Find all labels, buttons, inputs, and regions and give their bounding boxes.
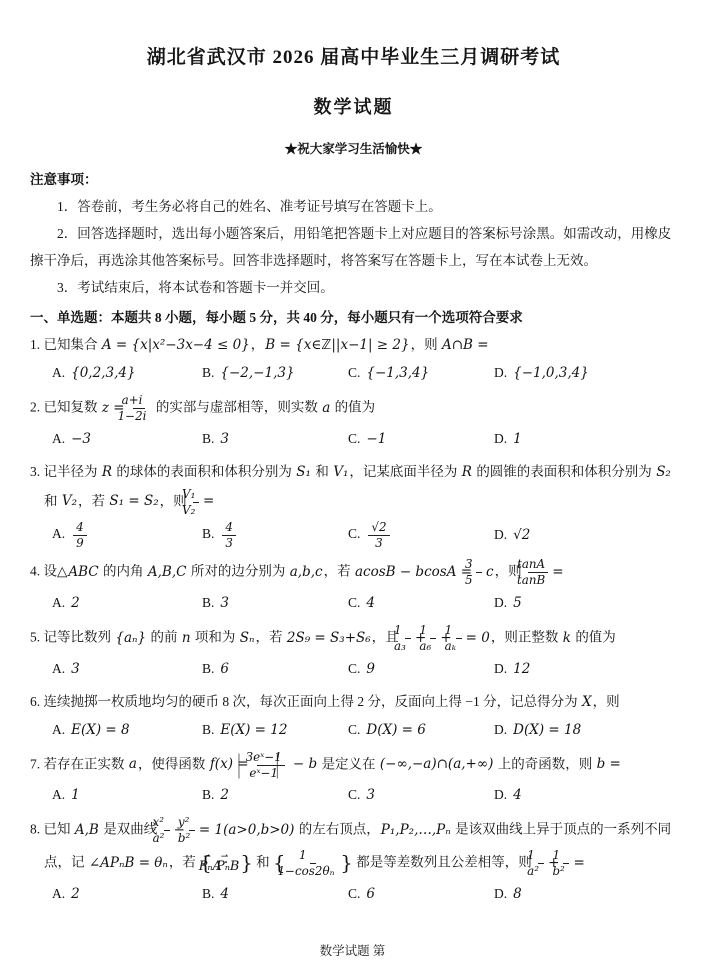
math-run: 4 <box>512 787 523 803</box>
text-run: 1. 已知集合 <box>30 337 101 352</box>
option-label: A. <box>52 431 65 446</box>
question-4-stem: 4. 设△ABC 的内角 A,B,C 所对的边分别为 a,b,c，若 acosB… <box>30 556 677 589</box>
math-run: 1 <box>70 787 81 803</box>
text-run: 的圆锥的表面积和体积分别为 <box>473 464 655 479</box>
math-run: {−1,0,3,4} <box>512 365 590 381</box>
math-run: A,B,C <box>147 564 188 580</box>
math-run: b = <box>596 756 622 772</box>
option-label: B. <box>202 722 214 737</box>
question-2-option-a: A.−3 <box>52 425 202 453</box>
notice-item-3: 3．考试结束后，将本试卷和答题卡一并交回。 <box>30 274 677 301</box>
question-3-options: A.49 B.43 C.√23 D.√2 <box>30 519 677 552</box>
question-1-option-d: D.{−1,0,3,4} <box>494 359 677 387</box>
option-content: {0,2,3,4} <box>70 365 136 380</box>
option-label: D. <box>494 431 507 446</box>
option-label: A. <box>52 526 65 541</box>
option-content: 12 <box>512 661 531 676</box>
math-run: 1 <box>512 431 523 447</box>
math-run: = <box>572 855 585 871</box>
option-label: C. <box>348 431 360 446</box>
option-content: 5 <box>512 595 523 610</box>
option-label: D. <box>494 595 507 610</box>
text-run: 5. 记等比数列 <box>30 630 114 645</box>
math-run: n <box>181 630 192 646</box>
option-content: 6 <box>219 661 230 676</box>
fraction: 1a₃ <box>405 623 411 654</box>
text-run: 8. 已知 <box>30 822 74 837</box>
fraction-numerator: a+i <box>133 393 146 409</box>
question-7-stem: 7. 若存在正实数 a，使得函数 f(x) =|3eˣ−1eˣ−1|− b 是定… <box>30 749 677 782</box>
option-label: C. <box>348 787 360 802</box>
math-run: B = {x∈ℤ||x−1| ≥ 2} <box>264 337 410 353</box>
question-2-option-b: B.3 <box>202 425 348 453</box>
fraction: 1a² <box>538 848 544 879</box>
text-run: 的前 <box>147 630 181 645</box>
fraction-numerator: 1 <box>310 848 316 864</box>
math-run: S₁ <box>295 464 312 480</box>
option-label: C. <box>348 365 360 380</box>
math-run: X <box>581 694 593 710</box>
option-content: 1 <box>512 431 523 446</box>
math-run: ∠APₙB = θₙ <box>88 855 169 871</box>
question-6-options: A.E(X) = 8 B.E(X) = 12 C.D(X) = 6 D.D(X)… <box>30 716 677 744</box>
option-label: D. <box>494 787 507 802</box>
fraction-numerator: 1 <box>563 848 569 864</box>
math-run: = 1(a>0,b>0) <box>198 822 296 838</box>
option-label: B. <box>202 526 214 541</box>
notice-heading: 注意事项： <box>30 167 677 193</box>
math-run: 6 <box>219 661 230 677</box>
motto-line: ★祝大家学习生活愉快★ <box>30 139 677 157</box>
math-run: a <box>321 400 331 416</box>
question-3-option-c: C.√23 <box>348 519 494 552</box>
option-content: 3 <box>365 787 376 802</box>
question-5-option-c: C.9 <box>348 655 494 683</box>
question-4-option-d: D.5 <box>494 589 677 617</box>
big-brace: } <box>240 852 252 875</box>
fraction-denominator: aₖ <box>456 639 462 654</box>
question-5-option-b: B.6 <box>202 655 348 683</box>
question-1-options: A.{0,2,3,4} B.{−2,−1,3} C.{−1,3,4} D.{−1… <box>30 359 677 387</box>
fraction: 35 <box>476 557 482 588</box>
fraction-denominator: 3 <box>222 536 236 551</box>
text-run: 都是等差数列且公差相等，则 <box>353 855 535 870</box>
math-run: acosB − bcosA = <box>354 564 473 580</box>
text-run: 的球体的表面积和体积分别为 <box>113 464 295 479</box>
question-1-stem: 1. 已知集合 A = {x|x²−3x−4 ≤ 0}，B = {x∈ℤ||x−… <box>30 331 677 359</box>
fraction-denominator: a² <box>164 831 170 846</box>
question-3-option-d: D.√2 <box>494 521 677 549</box>
fraction: 49 <box>73 520 87 551</box>
option-content: 2 <box>219 787 230 802</box>
math-run: c <box>485 564 495 580</box>
option-label: C. <box>348 526 360 541</box>
option-content: 8 <box>512 886 523 901</box>
option-content: D(X) = 18 <box>512 722 582 737</box>
math-run: 8 <box>512 886 523 902</box>
math-run: = <box>551 564 564 580</box>
text-run: ，则 <box>593 694 620 709</box>
option-content: √23 <box>365 526 392 541</box>
option-content: 49 <box>70 526 90 541</box>
math-run: k <box>562 630 572 646</box>
math-run: R <box>461 464 473 480</box>
exam-subtitle: 数学试题 <box>30 93 677 119</box>
option-label: D. <box>494 527 507 542</box>
math-run: = <box>202 493 215 509</box>
question-7-option-d: D.4 <box>494 781 677 809</box>
big-brace: } <box>340 852 352 875</box>
fraction: 1a₆ <box>430 623 436 654</box>
fraction-numerator: 3 <box>476 557 482 573</box>
question-5-option-a: A.3 <box>52 655 202 683</box>
text-run: ，若 <box>169 855 199 870</box>
question-7-options: A.1 B.2 C.3 D.4 <box>30 781 677 809</box>
question-2-option-d: D.1 <box>494 425 677 453</box>
option-content: {−2,−1,3} <box>219 365 295 380</box>
question-5-options: A.3 B.6 C.9 D.12 <box>30 655 677 683</box>
fraction-numerator: V₁ <box>193 487 199 503</box>
question-8: 8. 已知 A,B 是双曲线 x²a²−y²b²= 1(a>0,b>0) 的左右… <box>30 814 677 907</box>
question-2-options: A.−3 B.3 C.−1 D.1 <box>30 425 677 453</box>
text-run: 3. 记半径为 <box>30 464 101 479</box>
text-run: 和 <box>44 493 61 508</box>
math-run: 2S₉ = S₃+S₆ <box>286 630 372 646</box>
option-label: A. <box>52 365 65 380</box>
fraction: a+i1−2i <box>129 393 150 424</box>
math-run: V₁ <box>332 464 349 480</box>
question-3-stem: 3. 记半径为 R 的球体的表面积和体积分别为 S₁ 和 V₁，记某底面半径为 … <box>30 458 677 519</box>
fraction-denominator: 1−2i <box>129 409 150 424</box>
math-run: 6 <box>365 886 376 902</box>
math-run: 12 <box>512 661 531 677</box>
text-run: ，使得函数 <box>138 756 209 771</box>
option-content: 4 <box>512 787 523 802</box>
fraction-numerator: y² <box>189 815 195 831</box>
math-run: = 0 <box>465 630 491 646</box>
fraction-denominator: a₆ <box>430 639 436 654</box>
option-label: C. <box>348 661 360 676</box>
fraction-denominator: b² <box>189 831 195 846</box>
question-6-option-c: C.D(X) = 6 <box>348 716 494 744</box>
text-run: ， <box>251 337 265 352</box>
option-label: D. <box>494 365 507 380</box>
option-content: 3 <box>219 431 230 446</box>
option-content: 3 <box>70 661 81 676</box>
question-2: 2. 已知复数 z =a+i1−2i 的实部与虚部相等，则实数 a 的值为 A.… <box>30 392 677 453</box>
question-1: 1. 已知集合 A = {x|x²−3x−4 ≤ 0}，B = {x∈ℤ||x−… <box>30 331 677 387</box>
math-run: 2 <box>219 787 230 803</box>
question-6-option-d: D.D(X) = 18 <box>494 716 677 744</box>
text-run: 和 <box>253 855 273 870</box>
math-run: − b <box>292 756 318 772</box>
fraction-numerator: 1 <box>456 623 462 639</box>
math-run: 2 <box>70 886 81 902</box>
fraction-numerator: 4 <box>73 520 87 536</box>
option-label: D. <box>494 886 507 901</box>
option-content: E(X) = 12 <box>219 722 288 737</box>
math-run: S₁ = S₂ <box>108 493 159 509</box>
fraction: y²b² <box>189 815 195 846</box>
fraction-denominator: 1−cos2θₙ <box>289 864 338 879</box>
math-run: f(x) = <box>209 756 250 772</box>
question-8-option-c: C.6 <box>348 880 494 908</box>
question-7-option-c: C.3 <box>348 781 494 809</box>
fraction: V₁V₂ <box>193 487 199 518</box>
question-3: 3. 记半径为 R 的球体的表面积和体积分别为 S₁ 和 V₁，记某底面半径为 … <box>30 458 677 551</box>
fraction: 11−cos2θₙ <box>289 848 338 879</box>
math-run: {−1,3,4} <box>365 365 430 381</box>
text-run: ，若 <box>324 564 354 579</box>
vector-body: PₙB <box>230 861 239 874</box>
question-3-option-a: A.49 <box>52 519 202 552</box>
question-2-stem: 2. 已知复数 z =a+i1−2i 的实部与虚部相等，则实数 a 的值为 <box>30 392 677 425</box>
question-6-stem: 6. 连续抛掷一枚质地均匀的硬币 8 次，每次正面向上得 2 分，反面向上得 −… <box>30 688 677 716</box>
option-content: 2 <box>70 595 81 610</box>
text-run: ，则正整数 <box>491 630 562 645</box>
option-content: D(X) = 6 <box>365 722 426 737</box>
fraction-denominator: 3 <box>372 536 386 551</box>
fraction-denominator: tanB <box>528 573 548 588</box>
question-5-option-d: D.12 <box>494 655 677 683</box>
text-run: 和 <box>312 464 332 479</box>
math-run: D(X) = 6 <box>365 722 426 738</box>
question-1-option-a: A.{0,2,3,4} <box>52 359 202 387</box>
math-run: 9 <box>365 661 376 677</box>
math-run: (−∞,−a)∩(a,+∞) <box>379 756 494 772</box>
math-run: 3 <box>219 595 230 611</box>
math-run: 3 <box>219 431 230 447</box>
math-run: A,B <box>74 822 100 838</box>
option-content: √2 <box>512 527 531 542</box>
question-8-options: A.2 B.4 C.6 D.8 <box>30 880 677 908</box>
question-6-option-a: A.E(X) = 8 <box>52 716 202 744</box>
fraction-denominator: a² <box>538 864 544 879</box>
fraction-numerator: 1 <box>538 848 544 864</box>
option-label: B. <box>202 886 214 901</box>
fraction-denominator: a₃ <box>405 639 411 654</box>
question-7: 7. 若存在正实数 a，使得函数 f(x) =|3eˣ−1eˣ−1|− b 是定… <box>30 749 677 810</box>
text-run: 的左右顶点， <box>295 822 379 837</box>
text-run: 是双曲线 <box>100 822 161 837</box>
text-run: 的值为 <box>572 630 616 645</box>
text-run: 的内角 <box>100 564 147 579</box>
question-4-options: A.2 B.3 C.4 D.5 <box>30 589 677 617</box>
math-run: D(X) = 18 <box>512 722 582 738</box>
option-content: 9 <box>365 661 376 676</box>
option-label: C. <box>348 722 360 737</box>
question-8-option-d: D.8 <box>494 880 677 908</box>
text-run: ，若 <box>78 493 108 508</box>
fraction-denominator: 9 <box>73 536 87 551</box>
math-run: {aₙ} <box>114 630 147 646</box>
option-label: A. <box>52 661 65 676</box>
math-run: a,b,c <box>289 564 324 580</box>
math-run: −3 <box>70 431 92 447</box>
text-run: 7. 若存在正实数 <box>30 756 128 771</box>
option-label: C. <box>348 595 360 610</box>
text-run: 上的奇函数，则 <box>494 756 595 771</box>
question-7-option-a: A.1 <box>52 781 202 809</box>
math-run: −1 <box>365 431 387 447</box>
question-6: 6. 连续抛掷一枚质地均匀的硬币 8 次，每次正面向上得 2 分，反面向上得 −… <box>30 688 677 744</box>
page-footer: 数学试题 第 <box>0 941 705 959</box>
math-run: ABC <box>67 564 99 580</box>
option-label: B. <box>202 787 214 802</box>
option-content: 1 <box>70 787 81 802</box>
math-run: P₁,P₂,…,Pₙ <box>380 822 452 838</box>
fraction: √23 <box>368 520 389 551</box>
fraction: 1aₖ <box>456 623 462 654</box>
option-content: 3 <box>219 595 230 610</box>
option-label: C. <box>348 886 360 901</box>
fraction: tanAtanB <box>528 557 548 588</box>
option-content: 2 <box>70 886 81 901</box>
option-label: B. <box>202 365 214 380</box>
fraction: 1b² <box>563 848 569 879</box>
option-content: −3 <box>70 431 92 446</box>
math-run: E(X) = 8 <box>70 722 130 738</box>
fraction-numerator: 1 <box>405 623 411 639</box>
option-label: D. <box>494 661 507 676</box>
math-run: 2 <box>70 595 81 611</box>
fraction-denominator: b² <box>563 864 569 879</box>
notice-item-1: 1．答卷前，考生务必将自己的姓名、准考证号填写在答题卡上。 <box>30 193 677 220</box>
fraction-denominator: 5 <box>476 573 482 588</box>
fraction: 43 <box>222 520 236 551</box>
math-run: 4 <box>365 595 376 611</box>
vector: ⇀PₙB <box>230 854 239 874</box>
math-run: A∩B = <box>441 337 490 353</box>
question-4-option-c: C.4 <box>348 589 494 617</box>
question-8-option-b: B.4 <box>202 880 348 908</box>
text-run: 是定义在 <box>318 756 379 771</box>
text-run: 所对的边分别为 <box>187 564 288 579</box>
option-label: A. <box>52 722 65 737</box>
question-5-stem: 5. 记等比数列 {aₙ} 的前 n 项和为 Sₙ，若 2S₉ = S₃+S₆，… <box>30 622 677 655</box>
question-4-option-b: B.3 <box>202 589 348 617</box>
fraction-numerator: tanA <box>528 557 548 573</box>
math-run: {−2,−1,3} <box>219 365 295 381</box>
option-content: E(X) = 8 <box>70 722 130 737</box>
math-run: {0,2,3,4} <box>70 365 136 381</box>
notice-section: 注意事项： 1．答卷前，考生务必将自己的姓名、准考证号填写在答题卡上。 2．回答… <box>30 167 677 301</box>
option-label: B. <box>202 431 214 446</box>
option-content: 43 <box>219 526 239 541</box>
question-8-option-a: A.2 <box>52 880 202 908</box>
text-run: 的实部与虚部相等，则实数 <box>152 400 321 415</box>
math-run: 3 <box>365 787 376 803</box>
text-run: ，则 <box>411 337 441 352</box>
text-run: ，记某底面半径为 <box>349 464 460 479</box>
question-2-option-c: C.−1 <box>348 425 494 453</box>
math-run: S₂ <box>655 464 672 480</box>
question-1-option-b: B.{−2,−1,3} <box>202 359 348 387</box>
text-run: 6. 连续抛掷一枚质地均匀的硬币 8 次，每次正面向上得 2 分，反面向上得 −… <box>30 694 581 709</box>
text-run: 的值为 <box>331 400 375 415</box>
option-content: {−1,0,3,4} <box>512 365 590 380</box>
text-run: ，若 <box>256 630 286 645</box>
math-run: V₂ <box>61 493 78 509</box>
fraction-numerator: 3eˣ−1 <box>257 750 285 766</box>
exam-page: 湖北省武汉市 2026 届高中毕业生三月调研考试 数学试题 ★祝大家学习生活愉快… <box>0 0 705 908</box>
option-content: −1 <box>365 431 387 446</box>
question-5: 5. 记等比数列 {aₙ} 的前 n 项和为 Sₙ，若 2S₉ = S₃+S₆，… <box>30 622 677 683</box>
text-run: 项和为 <box>192 630 239 645</box>
fraction: 3eˣ−1eˣ−1 <box>257 750 285 781</box>
math-run: 3 <box>70 661 81 677</box>
question-4: 4. 设△ABC 的内角 A,B,C 所对的边分别为 a,b,c，若 acosB… <box>30 556 677 617</box>
option-content: 4 <box>219 886 230 901</box>
fraction-numerator: 4 <box>222 520 236 536</box>
math-run: A = {x|x²−3x−4 ≤ 0} <box>101 337 251 353</box>
text-run: 4. 设△ <box>30 564 67 579</box>
math-run: R <box>101 464 113 480</box>
fraction: x²a² <box>164 815 170 846</box>
option-label: A. <box>52 595 65 610</box>
option-content: 4 <box>365 595 376 610</box>
fraction-denominator: V₂ <box>193 503 199 518</box>
fraction-numerator: x² <box>164 815 170 831</box>
option-label: B. <box>202 661 214 676</box>
question-4-option-a: A.2 <box>52 589 202 617</box>
question-1-option-c: C.{−1,3,4} <box>348 359 494 387</box>
section-heading: 一、单选题：本题共 8 小题，每小题 5 分，共 40 分，每小题只有一个选项符… <box>30 304 677 332</box>
math-run: Sₙ <box>239 630 256 646</box>
math-run: 4 <box>219 886 230 902</box>
option-label: A. <box>52 886 65 901</box>
exam-title: 湖北省武汉市 2026 届高中毕业生三月调研考试 <box>30 42 677 69</box>
option-label: B. <box>202 595 214 610</box>
option-label: A. <box>52 787 65 802</box>
fraction-numerator: √2 <box>368 520 389 536</box>
option-label: D. <box>494 722 507 737</box>
question-8-stem: 8. 已知 A,B 是双曲线 x²a²−y²b²= 1(a>0,b>0) 的左右… <box>30 814 677 879</box>
fraction-numerator: 1 <box>430 623 436 639</box>
option-content: 6 <box>365 886 376 901</box>
math-run: E(X) = 12 <box>219 722 288 738</box>
option-content: {−1,3,4} <box>365 365 430 380</box>
notice-item-2: 2．回答选择题时，选出每小题答案后，用铅笔把答题卡上对应题目的答案标号涂黑。如需… <box>30 220 677 274</box>
math-run: √2 <box>512 527 531 543</box>
math-run: a <box>128 756 138 772</box>
math-run: 5 <box>512 595 523 611</box>
question-3-option-b: B.43 <box>202 519 348 552</box>
text-run: 2. 已知复数 <box>30 400 101 415</box>
